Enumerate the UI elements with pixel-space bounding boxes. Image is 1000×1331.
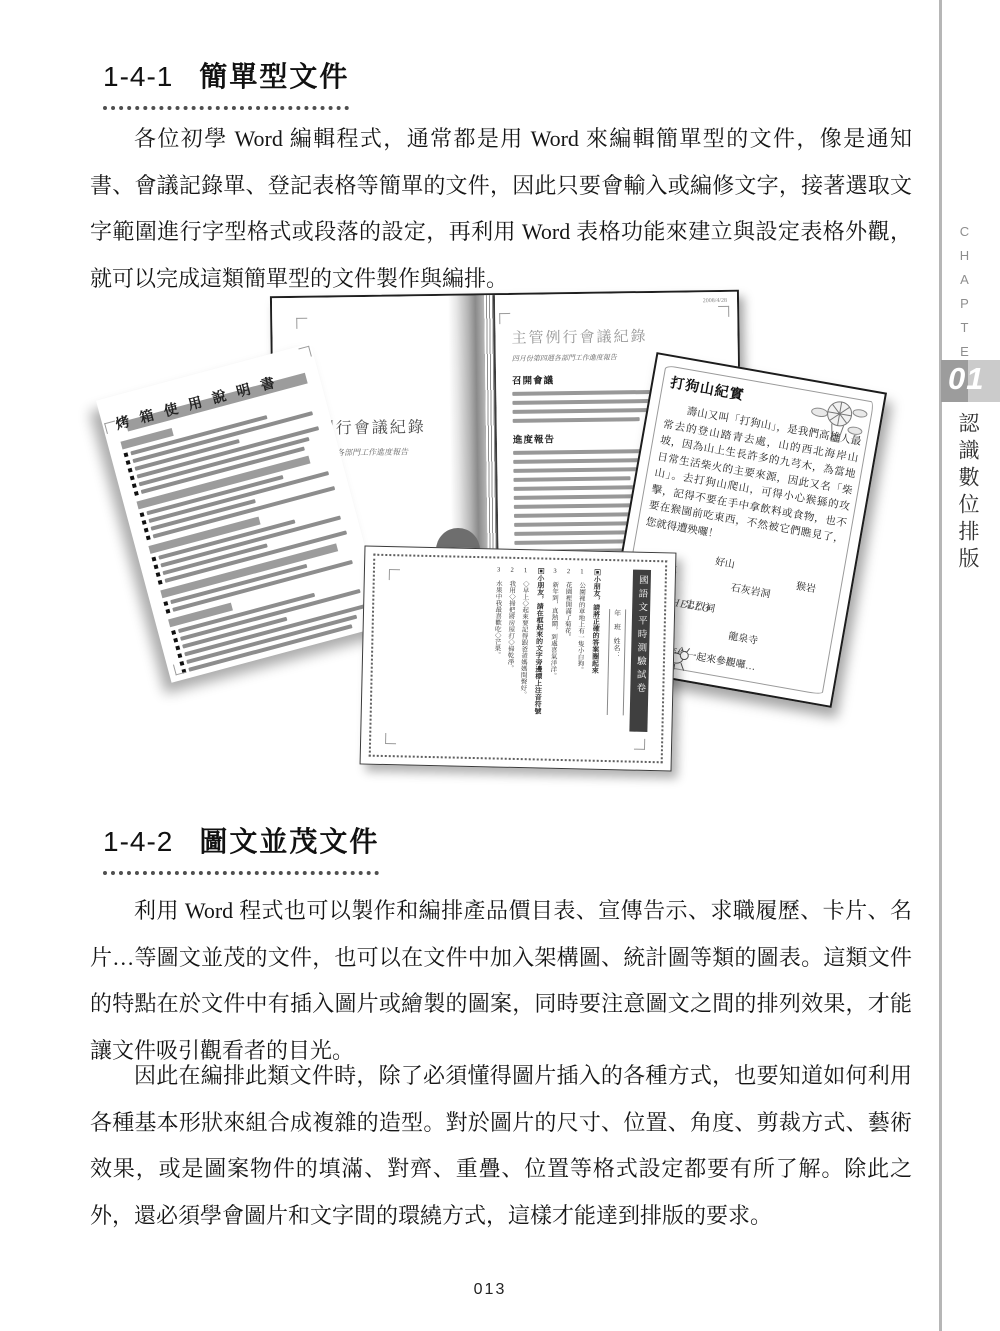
paragraph: 因此在編排此類文件時，除了必須懂得圖片插入的各種方式，也要知道如何利用各種基本形…	[90, 1053, 912, 1239]
test-paper-columns: 國語文平時測驗試卷 年 班 姓名： ▣小朋友，請將正確的答案圈起來 1 公園裡的…	[381, 564, 651, 756]
book-page: CHAPTER 01 認識數位排版 1-4-1簡單型文件 各位初學 Word 編…	[0, 0, 1000, 1331]
minutes-title: 主管例行會議紀錄	[511, 324, 723, 348]
chapter-title: 認識數位排版	[952, 412, 982, 574]
crop-mark	[298, 346, 311, 359]
name-line: 年 班 姓名：	[606, 609, 625, 715]
question-item: 3 水果中我最喜歡吃◇芒果。	[490, 566, 503, 752]
chapter-number-badge: 01	[941, 360, 1000, 402]
section-title: 簡單型文件	[199, 61, 349, 92]
section-number: 1-4-2	[103, 826, 173, 857]
instruction-2: ▣小朋友，請在框起來的文字旁邊標上注音符號	[532, 567, 545, 753]
crop-mark	[296, 318, 307, 329]
chapter-number: 01	[948, 361, 984, 397]
crop-mark	[499, 313, 510, 324]
header-date: 2008/4/28	[703, 298, 727, 304]
section-number: 1-4-1	[103, 61, 173, 92]
question-item: 3 新年到，真熱鬧，到處喜氣洋洋。	[546, 568, 559, 754]
crop-mark	[718, 306, 729, 317]
attraction-label: 猴岩	[795, 577, 817, 595]
section-heading-1-4-2: 1-4-2圖文並茂文件	[103, 820, 379, 875]
paragraph: 各位初學 Word 編輯程式，通常都是用 Word 來編輯簡單型的文件，像是通知…	[90, 116, 912, 302]
test-paper-page: 國語文平時測驗試卷 年 班 姓名： ▣小朋友，請將正確的答案圈起來 1 公園裡的…	[360, 545, 677, 771]
question-item: 2 我用◇掃把將房屋打◇掃乾淨。	[503, 567, 516, 753]
sample-documents-figure: 主管例行會議紀錄 四月份第四週各部門工作進度報告 2008/4/28 主管例行會…	[90, 288, 890, 788]
attraction-label: 好山	[714, 553, 736, 571]
sidebar-rule	[939, 0, 942, 1331]
question-item: 2 花園裡開滿了菊花。	[559, 568, 572, 754]
question-item: 1 ◇早上◇起來要記得跟爸爸媽媽問聲好。	[516, 567, 529, 753]
paragraph: 利用 Word 程式也可以製作和編排產品價目表、宣傳告示、求職履歷、卡片、名片……	[90, 888, 912, 1074]
test-paper-title: 國語文平時測驗試卷	[629, 570, 651, 732]
section-title: 圖文並茂文件	[199, 826, 379, 857]
page-number: 013	[440, 1281, 540, 1299]
instruction-1: ▣小朋友，請將正確的答案圈起來	[588, 569, 601, 755]
question-item: 1 公園裡的草地上有一隻小白狗。	[573, 568, 586, 754]
section-heading-1-4-1: 1-4-1簡單型文件	[103, 55, 349, 110]
